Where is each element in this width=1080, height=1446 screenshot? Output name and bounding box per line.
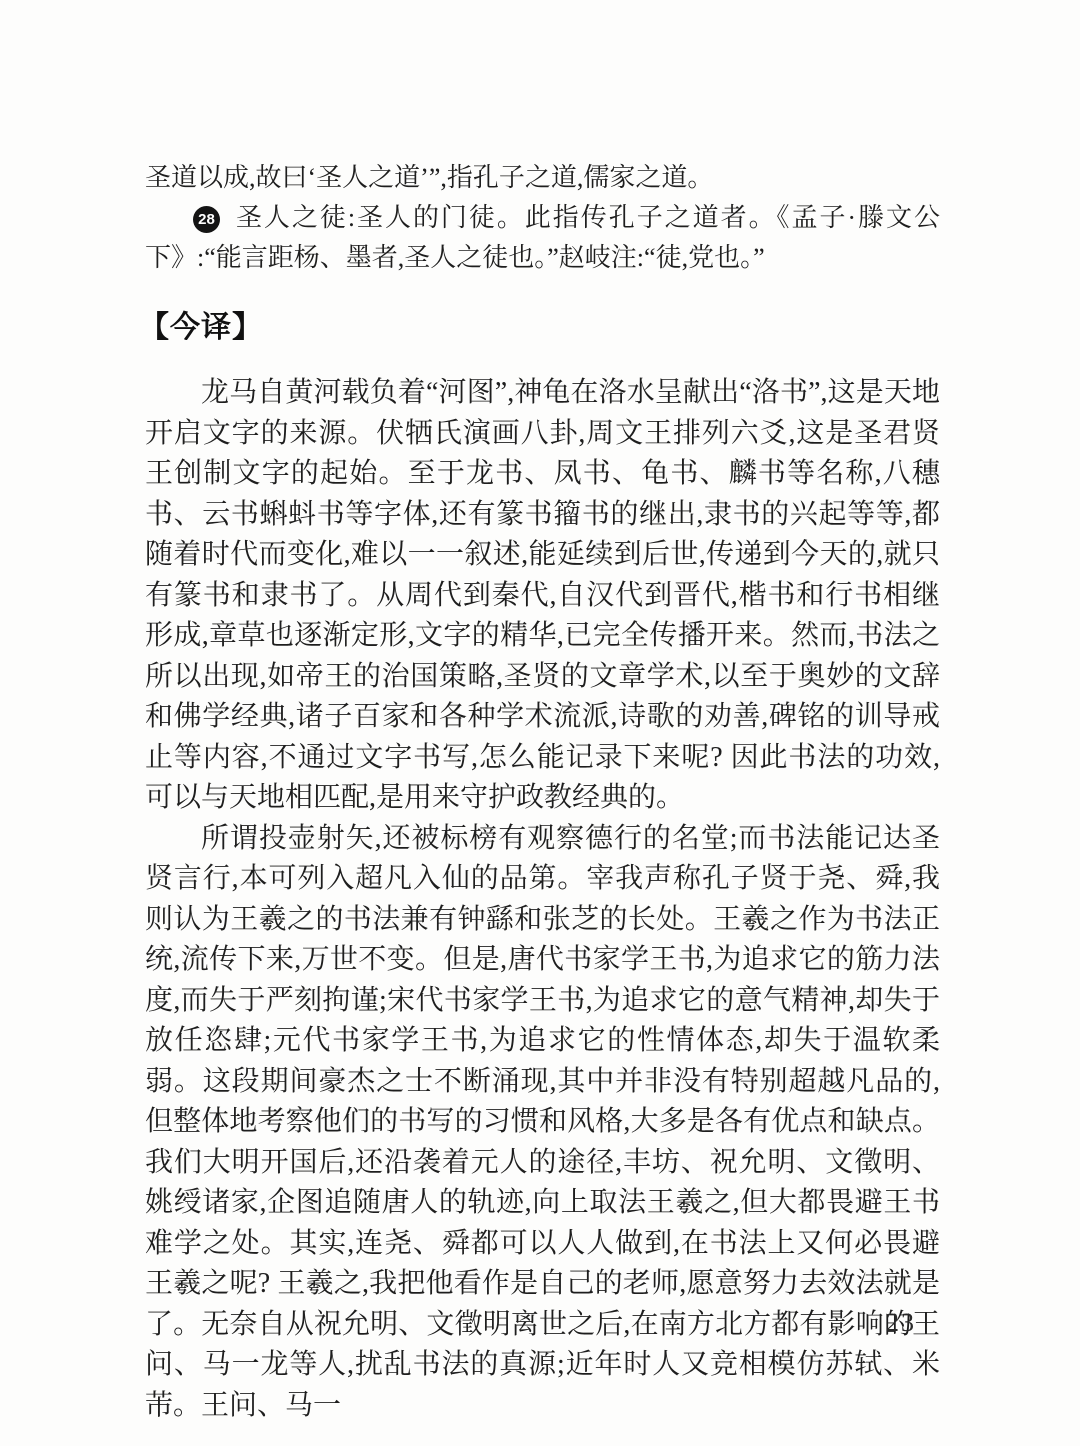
translation-paragraph-2: 所谓投壶射矢,还被标榜有观察德行的名堂;而书法能记达圣贤言行,本可列入超凡入仙的… — [145, 819, 940, 1427]
translation-body: 龙马自黄河载负着“河图”,神龟在洛水呈献出“洛书”,这是天地开启文字的来源。伏牺… — [145, 373, 940, 1426]
annotation-block: 圣道以成,故曰‘圣人之道’”,指孔子之道,儒家之道。 28圣人之徒:圣人的门徒。… — [145, 158, 940, 278]
translation-paragraph-1: 龙马自黄河载负着“河图”,神龟在洛水呈献出“洛书”,这是天地开启文字的来源。伏牺… — [145, 373, 940, 819]
annotation-continuation-line: 圣道以成,故曰‘圣人之道’”,指孔子之道,儒家之道。 — [145, 158, 940, 198]
annotation-note: 28圣人之徒:圣人的门徒。此指传孔子之道者。《孟子·滕文公下》:“能言距杨、墨者… — [145, 198, 940, 278]
section-heading-jinyi: 【今译】 — [139, 310, 940, 346]
book-page: 圣道以成,故曰‘圣人之道’”,指孔子之道,儒家之道。 28圣人之徒:圣人的门徒。… — [0, 0, 1080, 1446]
page-number: 23 — [886, 1308, 916, 1338]
note-text: 圣人之徒:圣人的门徒。此指传孔子之道者。《孟子·滕文公下》:“能言距杨、墨者,圣… — [145, 203, 940, 272]
page-content: 圣道以成,故曰‘圣人之道’”,指孔子之道,儒家之道。 28圣人之徒:圣人的门徒。… — [145, 158, 940, 1426]
note-number-badge: 28 — [193, 206, 220, 233]
